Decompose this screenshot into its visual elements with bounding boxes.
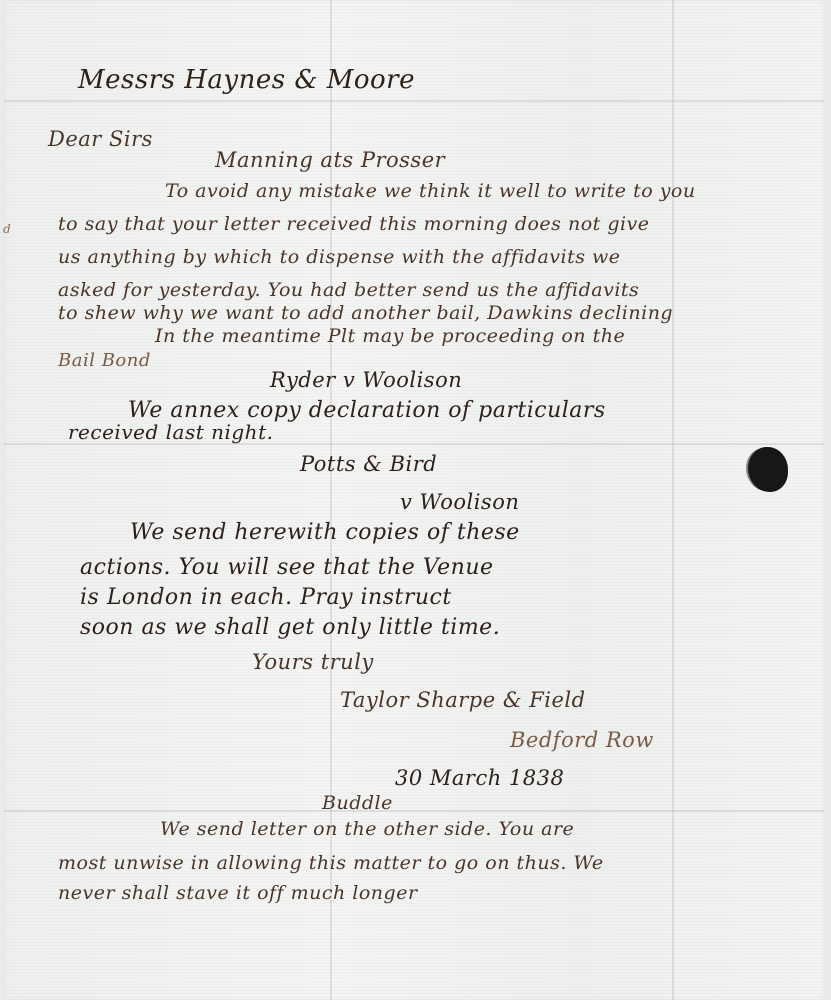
section-heading: Manning ats Prosser bbox=[215, 148, 445, 172]
body-line: us anything by which to dispense with th… bbox=[58, 246, 621, 268]
signature-firm: Taylor Sharpe & Field bbox=[340, 688, 586, 712]
signature-line: Yours truly bbox=[252, 650, 374, 674]
body-line: We send herewith copies of these bbox=[130, 520, 520, 545]
body-line: In the meantime Plt may be proceeding on… bbox=[155, 325, 625, 347]
body-line: most unwise in allowing this matter to g… bbox=[58, 852, 604, 874]
body-line: soon as we shall get only little time. bbox=[80, 615, 500, 640]
fold-line-horizontal bbox=[4, 810, 824, 812]
body-line: to say that your letter received this mo… bbox=[58, 213, 650, 235]
margin-mark: d bbox=[3, 222, 11, 236]
section-heading: v Woolison bbox=[400, 490, 519, 514]
body-line: We send letter on the other side. You ar… bbox=[160, 818, 574, 840]
body-line: never shall stave it off much longer bbox=[58, 882, 418, 904]
body-line: actions. You will see that the Venue bbox=[80, 555, 494, 580]
salutation: Dear Sirs bbox=[48, 127, 153, 151]
body-line: to shew why we want to add another bail,… bbox=[58, 302, 673, 324]
body-line: is London in each. Pray instruct bbox=[80, 585, 452, 610]
fold-line-horizontal bbox=[4, 100, 824, 102]
fold-line-vertical bbox=[672, 0, 674, 1000]
wax-seal bbox=[748, 447, 788, 492]
body-line: asked for yesterday. You had better send… bbox=[58, 279, 639, 301]
body-line: Bail Bond bbox=[58, 350, 151, 371]
section-heading: Ryder v Woolison bbox=[270, 368, 462, 392]
body-line: received last night. bbox=[68, 420, 273, 444]
section-heading: Potts & Bird bbox=[300, 452, 437, 476]
signature-address: Bedford Row bbox=[510, 728, 654, 752]
letter-date: 30 March 1838 bbox=[395, 766, 564, 790]
postscript-heading: Buddle bbox=[322, 792, 393, 814]
body-line: To avoid any mistake we think it well to… bbox=[165, 180, 696, 202]
addressee: Messrs Haynes & Moore bbox=[78, 65, 415, 95]
